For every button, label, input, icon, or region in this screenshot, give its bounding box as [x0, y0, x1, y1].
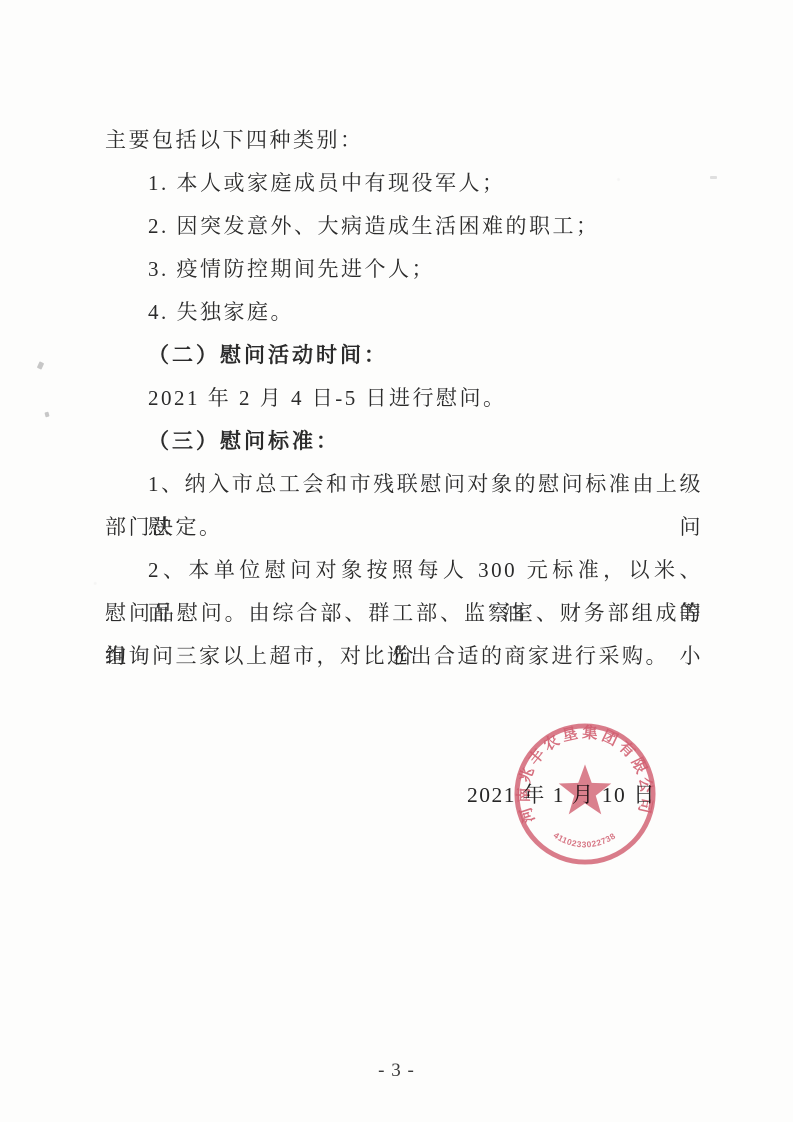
- star-icon: [559, 764, 611, 814]
- page-number: - 3 -: [0, 1060, 793, 1082]
- document-line: （三）慰问标准：: [105, 420, 703, 463]
- document-line: 3. 疫情防控期间先进个人；: [105, 248, 703, 291]
- seal-serial-number: 4110233022738: [552, 830, 618, 849]
- document-body: 主要包括以下四种类别：1. 本人或家庭成员中有现役军人；2. 因突发意外、大病造…: [105, 119, 703, 678]
- document-line: 1. 本人或家庭成员中有现役军人；: [105, 162, 703, 205]
- document-line: 慰问品慰问。由综合部、群工部、监察室、财务部组成的询价小: [105, 592, 703, 635]
- document-line: （二）慰问活动时间：: [105, 334, 703, 377]
- document-line: 组询问三家以上超市，对比选出合适的商家进行采购。: [105, 635, 703, 678]
- scan-speckle: [44, 412, 49, 418]
- company-seal: 河南兆丰农垦集团有限公司 4110233022738: [511, 720, 659, 868]
- document-line: 4. 失独家庭。: [105, 291, 703, 334]
- document-line: 2、本单位慰问对象按照每人 300 元标准，以米、面、油等: [105, 549, 703, 592]
- scan-speckle: [37, 361, 44, 369]
- document-line: 1、纳入市总工会和市残联慰问对象的慰问标准由上级慰问: [105, 463, 703, 506]
- scan-speckle: [710, 176, 717, 179]
- document-line: 2021 年 2 月 4 日-5 日进行慰问。: [105, 377, 703, 420]
- document-page: 主要包括以下四种类别：1. 本人或家庭成员中有现役军人；2. 因突发意外、大病造…: [0, 0, 793, 1122]
- document-line: 主要包括以下四种类别：: [105, 119, 703, 162]
- document-line: 2. 因突发意外、大病造成生活困难的职工；: [105, 205, 703, 248]
